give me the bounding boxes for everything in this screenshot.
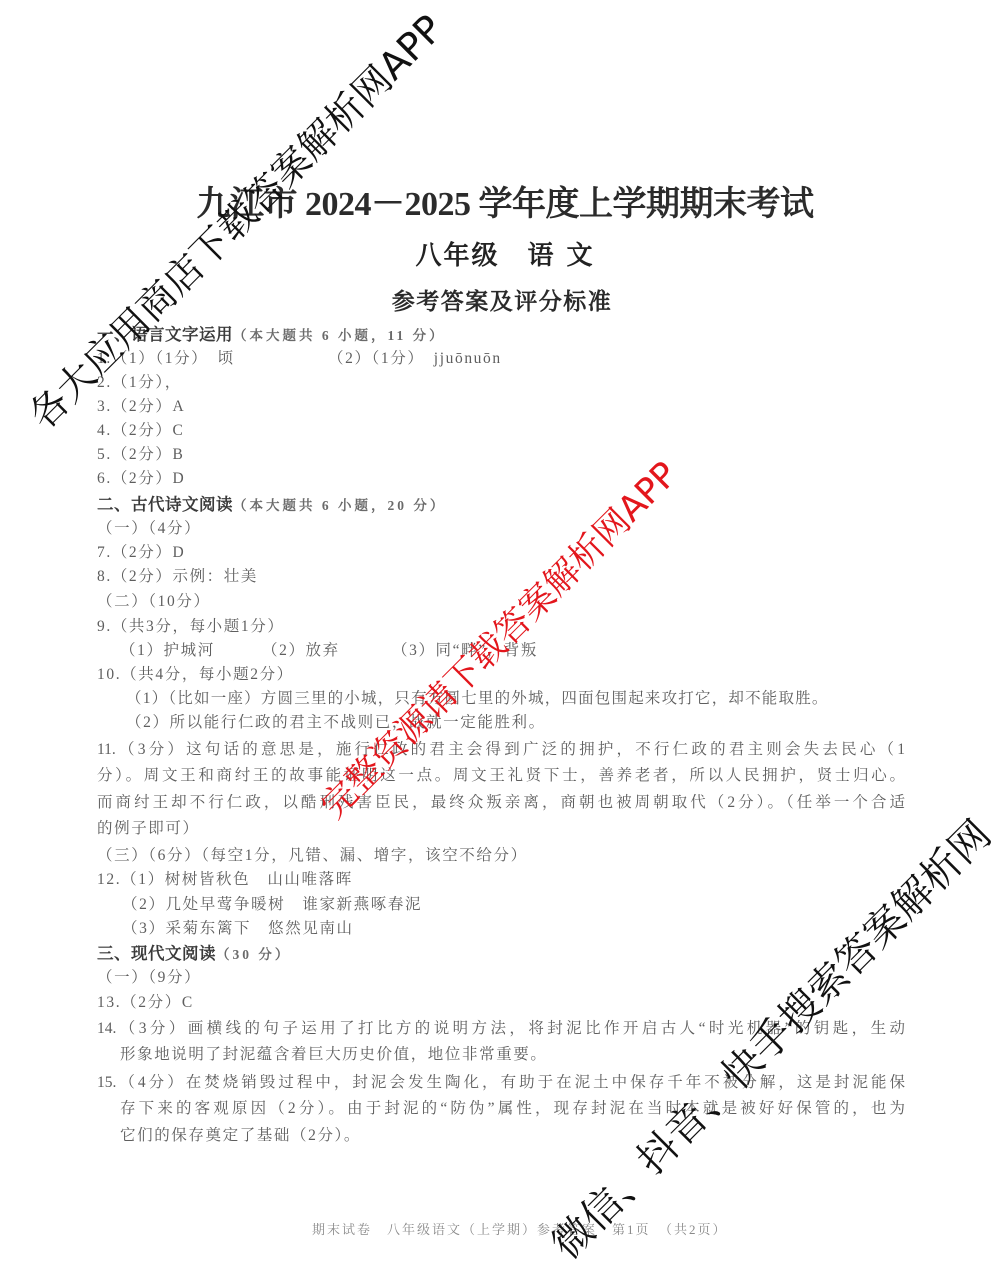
answer-q11-line1: 11.（3分）这句话的意思是，施行仁政的君主会得到广泛的拥护，不行仁政的君主则会… xyxy=(97,739,905,761)
answer-q11-line2: 分）。周文王和商纣王的故事能证明这一点。周文王礼贤下士，善养老者，所以人民拥护，… xyxy=(97,765,905,787)
answer-q14-line2: 形象地说明了封泥蕴含着巨大历史价值，地位非常重要。 xyxy=(120,1044,548,1066)
subpart-label: （一）（4分） xyxy=(97,518,201,540)
section-note: （本大题共 6 小题，20 分） xyxy=(233,498,446,513)
answer-q5: 5.（2分）B xyxy=(97,444,184,466)
answer-q1b: （2）（1分） jjuōnuōn xyxy=(328,348,502,370)
section-title: 三、现代文阅读 xyxy=(97,944,216,963)
answer-q11-line4: 的例子即可） xyxy=(97,818,200,840)
answer-q12-1: 12.（1）树树皆秋色 山山唯落晖 xyxy=(97,869,353,891)
answer-q4: 4.（2分）C xyxy=(97,420,184,442)
answer-q10: 10.（共4分，每小题2分） xyxy=(97,664,294,686)
section-heading-2: 二、古代诗文阅读（本大题共 6 小题，20 分） xyxy=(97,494,446,517)
answer-key-page: 九江市 2024－2025 学年度上学期期末考试 八年级 语 文 参考答案及评分… xyxy=(0,0,1000,1278)
page-footer: 期末试卷 八年级语文（上学期）参考答案 第1页 （共2页） xyxy=(312,1219,728,1238)
section-heading-3: 三、现代文阅读（30 分） xyxy=(97,943,291,966)
section-note: （30 分） xyxy=(216,947,291,962)
section-title: 二、古代诗文阅读 xyxy=(97,495,233,514)
answer-q15-line3: 它们的保存奠定了基础（2分）。 xyxy=(120,1125,361,1147)
answer-q13: 13.（2分）C xyxy=(97,992,194,1014)
answer-q15-line1: 15.（4分）在焚烧销毁过程中，封泥会发生陶化，有助于在泥土中保存千年不被分解，… xyxy=(97,1072,905,1094)
answer-q9-1: （1）护城河 xyxy=(120,640,215,662)
answer-q12-3: （3）采菊东篱下 悠然见南山 xyxy=(122,918,354,940)
section-note: （本大题共 6 小题，11 分） xyxy=(233,328,446,343)
answer-q3: 3.（2分）A xyxy=(97,396,185,418)
answer-q10-1: （1）（比如一座）方圆三里的小城，只有方圆七里的外城，四面包围起来攻打它，却不能… xyxy=(126,688,829,710)
exam-title: 九江市 2024－2025 学年度上学期期末考试 xyxy=(0,176,1000,225)
subpart-label: （二）（10分） xyxy=(97,591,211,613)
answer-q9-2: （2）放弃 xyxy=(262,640,340,662)
answer-q9: 9.（共3分，每小题1分） xyxy=(97,616,284,638)
answer-q8: 8.（2分）示例：壮美 xyxy=(97,566,258,588)
subpart-label: （一）（9分） xyxy=(97,967,201,989)
answer-q6: 6.（2分）D xyxy=(97,468,185,490)
grade-subject: 八年级 语 文 xyxy=(0,235,1000,272)
subpart-label: （三）（6分）（每空1分，凡错、漏、增字，该空不给分） xyxy=(97,845,528,867)
answer-q11-line3: 而商纣王却不行仁政，以酷刑残害臣民，最终众叛亲离，商朝也被周朝取代（2分）。（任… xyxy=(97,792,905,814)
answer-q10-2: （2）所以能行仁政的君主不战则已，战就一定能胜利。 xyxy=(126,712,546,734)
watermark-search: 微信、抖音、快手搜索答案解析网 xyxy=(546,814,999,1267)
answer-q12-2: （2）几处早莺争暖树 谁家新燕啄春泥 xyxy=(122,894,422,916)
answer-q15-line2: 存下来的客观原因（2分）。由于封泥的“防伪”属性，现存封泥在当时本就是被好好保管… xyxy=(120,1098,905,1120)
answer-q7: 7.（2分）D xyxy=(97,542,185,564)
